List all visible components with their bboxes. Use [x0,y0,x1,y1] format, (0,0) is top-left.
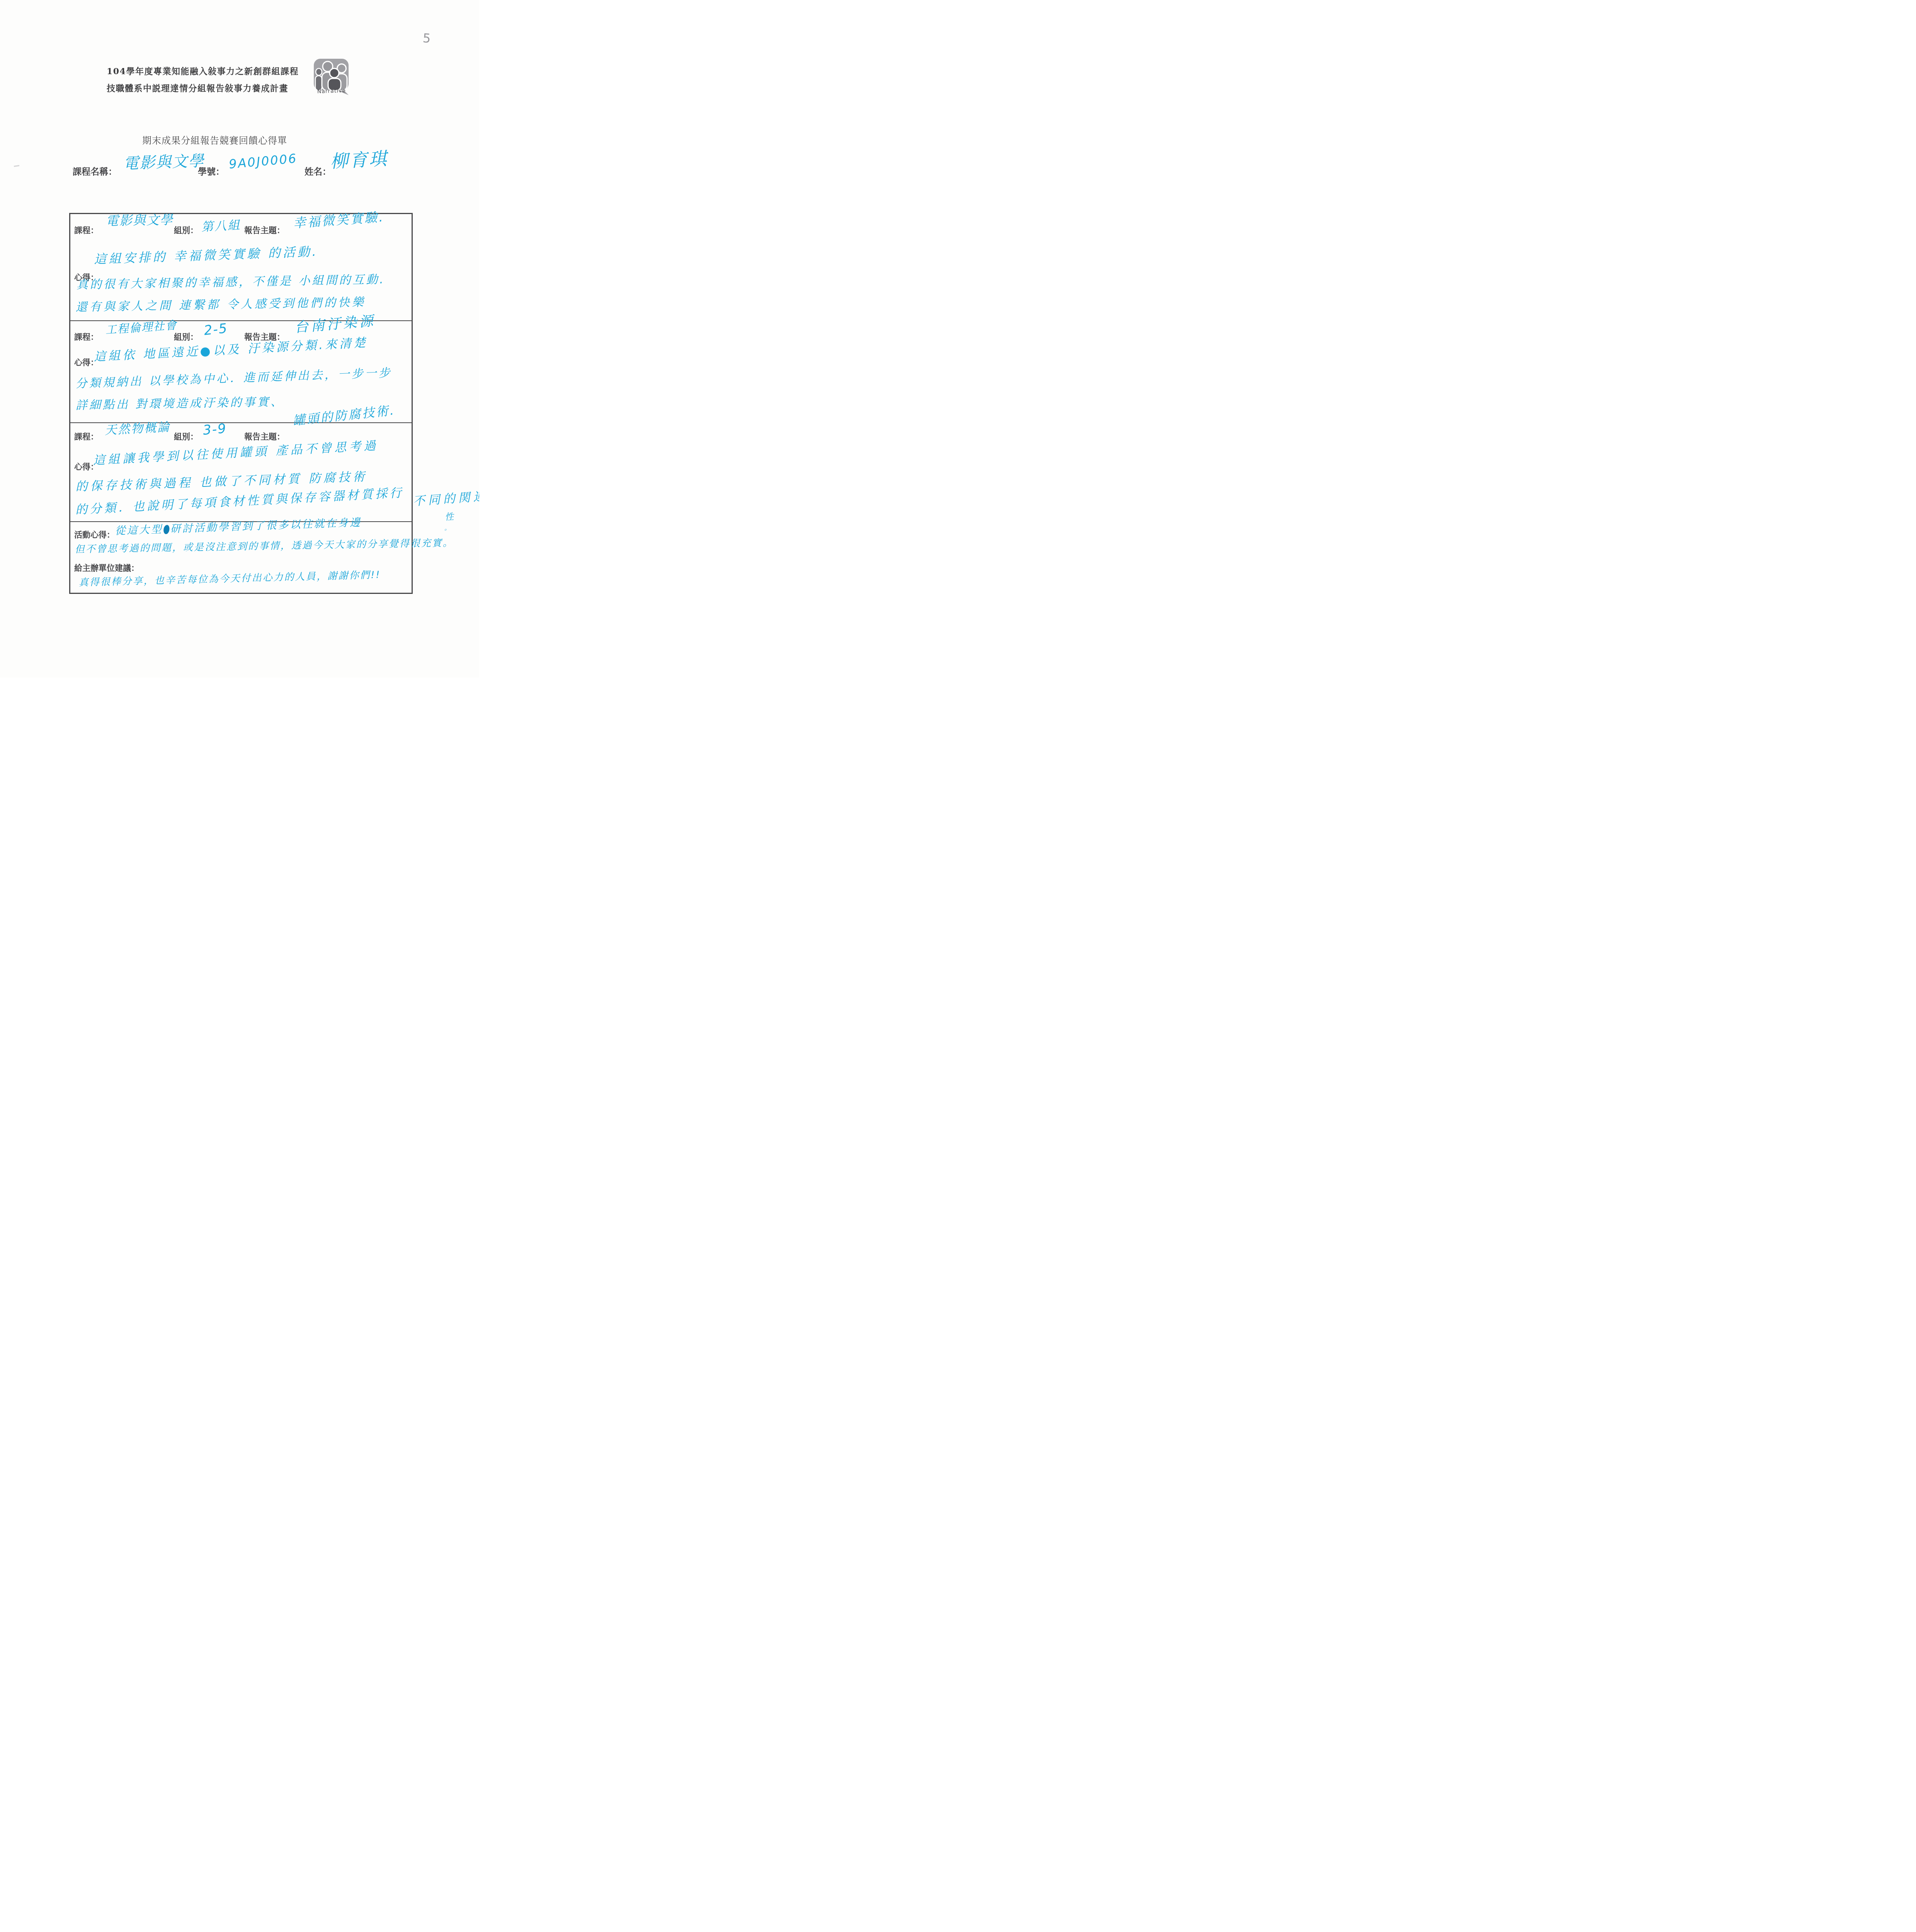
course-name-label: 課程名稱： [73,165,117,177]
student-name-label: 姓名： [305,165,331,177]
row3-feedback-overflow-tail: 性 [444,509,454,523]
header-line-1: 104學年度專業知能融入敍事力之新創群組課程 [107,65,299,77]
row1-course-value: 電影與文學 [105,210,174,229]
narrative-logo: Narrative [313,58,350,98]
row3-group-value: 3-9 [202,421,228,438]
student-id-value: 9A0J0006 [228,151,298,172]
row1-feedback-line1: 這組安排的 幸福微笑實驗 的活動. [94,242,318,267]
row2-course-value: 工程倫理社會 [105,316,177,337]
crossed-out-scribble [163,524,170,534]
row1-group-label: 組別： [174,224,198,236]
activity-feedback-line2: 但不曾思考過的問題，或是沒注意到的事情，透過今天大家的分享覺得很充實。 [75,535,453,556]
row2-group-value: 2-5 [203,321,228,338]
row3-group-label: 組別： [174,430,198,442]
row3-feedback-line1: 這組讓我學到以往使用罐頭 產品不曾思考過 [93,435,379,468]
activity-line1-part2: 研討活動學習到了很多以往就在身邊 [170,517,362,535]
row1-topic-label: 報告主題： [244,224,285,236]
row1-topic-value: 幸福微笑實驗. [293,207,385,231]
row2-course-label: 課程： [74,331,99,342]
activity-feedback-label: 活動心得： [74,529,115,540]
row2-feedback-line3: 詳細點出 對環境造成汙染的事實、 [75,392,284,413]
narrative-logo-label: Narrative [313,87,350,95]
student-id-label: 學號： [198,165,225,177]
row3-feedback-overflow: 不同的関連 [412,486,479,509]
header-line-2: 技職體系中説理達情分組報告敍事力養成計畫 [107,82,288,94]
page-number-pencil: 5 [422,31,431,46]
activity-feedback-line1: 從這大型研討活動學習到了很多以往就在身邊 [115,514,362,537]
row2-feedback-line1: 這組依 地區遠近●以及 汙染源分類.來清楚 [94,333,368,364]
scanned-feedback-form: 5 104學年度專業知能融入敍事力之新創群組課程 技職體系中説理達情分組報告敍事… [0,0,479,678]
row3-feedback-overflow-period: 。 [444,523,451,532]
scan-smudge [14,165,19,167]
activity-line1-part1: 從這大型 [115,524,163,537]
row1-group-value: 第八組 [201,215,241,235]
row1-feedback-line2: 真的很有大家相聚的幸福感，不僅是 小組間的互動. [76,270,385,292]
row3-course-label: 課程： [74,430,99,442]
row1-feedback-line3: 還有與家人之間 連繫都 令人感受到他們的快樂 [75,293,366,315]
row2-group-label: 組別： [174,331,198,342]
row3-topic-value: 罐頭的防腐技術. [292,400,396,429]
row3-course-value: 天然物概論 [104,417,171,438]
course-name-value: 電影與文學 [123,149,205,173]
student-name-value: 柳育琪 [330,145,389,173]
page-title: 期末成果分組報告競賽回饋心得單 [142,133,287,146]
row3-topic-label: 報告主題： [244,430,285,442]
row2-feedback-line2: 分類規納出 以學校為中心．進而延伸出去，一步一步 [75,363,392,391]
row1-course-label: 課程： [74,224,99,236]
organizer-suggestion-label: 給主辦單位建議： [74,562,139,573]
feedback-table: 課程： 電影與文學 組別： 第八組 報告主題： 幸福微笑實驗. 心得： 這組安排… [69,213,413,594]
